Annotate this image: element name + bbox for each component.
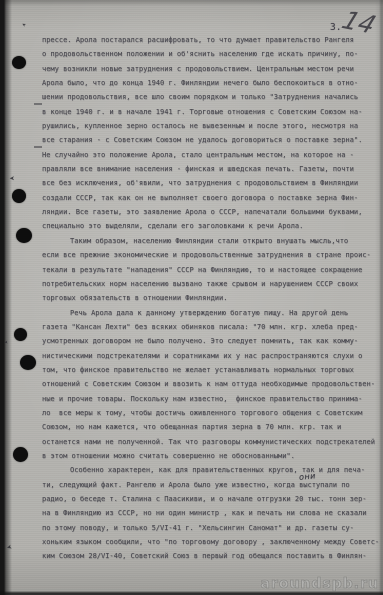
typed-line: все старания - с Советским Союзом не уда…	[42, 133, 380, 147]
typed-line: специально это выделяли, сделали его заг…	[42, 219, 380, 233]
typed-line: чему возникли новые затруднения с продов…	[42, 62, 380, 76]
typed-line: правляли все внимание населения - финска…	[42, 162, 380, 176]
typed-line: Не случайно это положение Арола, стало ц…	[42, 148, 380, 162]
paragraph: Таким образом, населению Финляндии стали…	[42, 234, 380, 306]
typed-line: ким Союзом 28/VI-40, Советский Союз в пе…	[42, 549, 380, 563]
typed-line: по этому поводу, и только 5/VI-41 г. "Хе…	[42, 521, 380, 535]
paragraph: прессе. Арола постарался расшифровать, т…	[42, 33, 380, 234]
handwritten-insertion: они	[298, 469, 316, 485]
typed-line: том, что финское правительство не желает…	[42, 363, 380, 377]
typed-line: если все прежние экономические и продово…	[42, 248, 380, 262]
ink-dot	[20, 355, 36, 370]
typed-line: прессе. Арола постарался расшифровать, т…	[42, 33, 380, 47]
ink-dot	[13, 447, 28, 462]
pencil-mark: ➤	[9, 172, 15, 182]
ink-dot	[16, 228, 32, 243]
typed-line: ные и прочие товары. Поскольку нам извес…	[42, 392, 380, 406]
scanned-document-page: 3. 14 прессе. Арола постарался расшифров…	[0, 0, 383, 595]
typed-line: все без исключения, об'явили, что затруд…	[42, 176, 380, 190]
typed-line: ло все меры к тому, чтобы достичь оживле…	[42, 406, 380, 420]
scan-edge-top	[0, 0, 383, 6]
typed-line: Таким образом, населению Финляндии стали…	[42, 234, 380, 248]
typed-line: радио, о беседе т. Сталина с Паасикиви, …	[42, 492, 380, 506]
ink-dot	[12, 189, 26, 203]
pencil-dash	[34, 103, 42, 105]
pencil-dash	[34, 146, 42, 148]
ink-dot	[14, 328, 27, 341]
typed-line: в конце 1940 г. и в начале 1941 г. Торго…	[42, 105, 380, 119]
typed-line: Особенно характерен, как для правительст…	[42, 463, 380, 477]
watermark: aroundspb.ru	[261, 576, 380, 592]
paragraph: Особенно характерен, как для правительст…	[42, 463, 380, 563]
typed-line: создали СССР, так как он не выполняет св…	[42, 191, 380, 205]
ink-dot	[12, 56, 26, 69]
typed-line: Союзом, но нам кажется, что обещанная па…	[42, 420, 380, 434]
typed-line: газета "Кансан Лехти" без всяких обиняко…	[42, 320, 380, 334]
typed-line: ти, следующий факт. Рангелю и Арола было…	[42, 478, 380, 492]
typed-line: Речь Арола дала к данному утверждению бо…	[42, 306, 380, 320]
typed-line: нистическими подстрекателями и соратника…	[42, 349, 380, 363]
typed-line: усмотренных договором не было получено. …	[42, 334, 380, 348]
typed-line: торговых обязательств в отношении Финлян…	[42, 291, 380, 305]
typed-line: на в Финляндию из СССР, но ни один минис…	[42, 506, 380, 520]
scan-edge-left	[0, 0, 12, 595]
typed-line: ляндии. Все газеты, это заявление Арола …	[42, 205, 380, 219]
typed-line: рушились, купленное зерно осталось не вы…	[42, 119, 380, 133]
typed-line: потребительских норм населению вызвано т…	[42, 277, 380, 291]
typed-line: хоньким языком сообщили, что "по торгово…	[42, 535, 380, 549]
typed-line: в этом отношении можно считать совершенн…	[42, 449, 380, 463]
paragraph: Речь Арола дала к данному утверждению бо…	[42, 306, 380, 464]
typed-line: Арола было, что до конца 1940 г. Финлянд…	[42, 76, 380, 90]
typed-line: текали в результате "нападения" СССР на …	[42, 263, 380, 277]
typed-line: останется нами не полученной. Так что ра…	[42, 435, 380, 449]
typed-line: шении продовольствия, все шло своим поря…	[42, 90, 380, 104]
document-text: прессе. Арола постарался расшифровать, т…	[42, 33, 380, 564]
pencil-mark: ➤	[20, 19, 28, 28]
typed-line: отношений с Советским Союзом и ввозить к…	[42, 377, 380, 391]
typed-line: о продовольственном положении и об'яснит…	[42, 47, 380, 61]
